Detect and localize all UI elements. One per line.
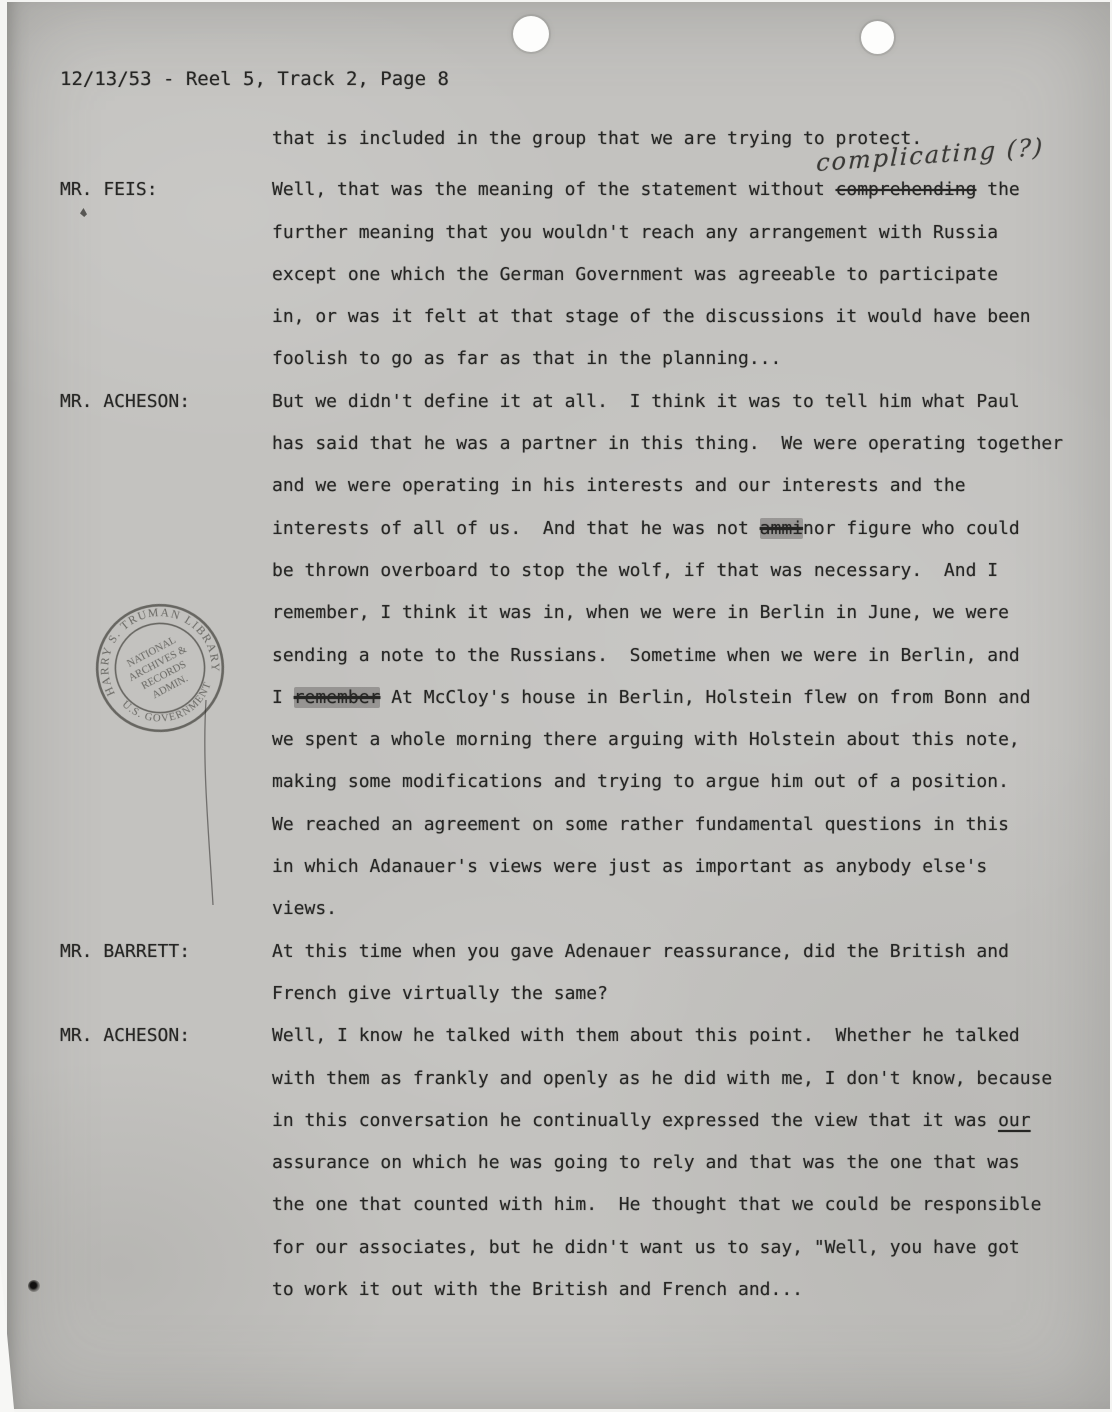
transcript-line: that is included in the group that we ar… (272, 128, 1072, 170)
archive-stamp-graphic: HARRY S. TRUMAN LIBRARY U.S. GOVERNMENT … (70, 578, 250, 758)
page-header: 12/13/53 - Reel 5, Track 2, Page 8 (60, 68, 449, 90)
transcript-line: except one which the German Government w… (272, 264, 1072, 306)
blot-text: remember (294, 687, 381, 708)
speaker-label: MR. FEIS: (60, 179, 158, 200)
speaker-turn: MR. ACHESON:Well, I know he talked with … (272, 1025, 1072, 1321)
transcript-line: for our associates, but he didn't want u… (272, 1237, 1072, 1279)
punch-hole-right (861, 21, 894, 54)
transcript-line: has said that he was a partner in this t… (272, 433, 1072, 475)
plain-text: Well, that was the meaning of the statem… (272, 179, 836, 200)
archive-stamp: HARRY S. TRUMAN LIBRARY U.S. GOVERNMENT … (70, 578, 250, 758)
transcript-line: in which Adanauer's views were just as i… (272, 856, 1072, 898)
transcript-line: But we didn't define it at all. I think … (272, 391, 1072, 433)
underline-text: our (998, 1110, 1031, 1131)
speaker-label: MR. ACHESON: (60, 391, 190, 412)
transcript-line: assurance on which he was going to rely … (272, 1152, 1072, 1194)
transcript-line: to work it out with the British and Fren… (272, 1279, 1072, 1321)
transcript-line: further meaning that you wouldn't reach … (272, 222, 1072, 264)
punch-hole-left (513, 16, 549, 52)
plain-text: the (976, 179, 1019, 200)
transcript-line: French give virtually the same? (272, 983, 1072, 1025)
transcript-line: We reached an agreement on some rather f… (272, 814, 1072, 856)
transcript-line: making some modifications and trying to … (272, 771, 1072, 813)
plain-text: interests of all of us. And that he was … (272, 518, 760, 539)
ink-dot (28, 1280, 40, 1292)
speaker-turn: MR. ACHESON:But we didn't define it at a… (272, 391, 1072, 941)
blot-text: ammi (760, 518, 803, 539)
plain-text: in this conversation he continually expr… (272, 1110, 998, 1131)
strike-text: comprehending (836, 179, 977, 200)
transcript-line: Well, that was the meaning of the statem… (272, 179, 1072, 221)
transcript-line: the one that counted with him. He though… (272, 1194, 1072, 1236)
plain-text: At McCloy's house in Berlin, Holstein fl… (380, 687, 1030, 708)
transcript-line: we spent a whole morning there arguing w… (272, 729, 1072, 771)
transcript-line: views. (272, 898, 1072, 940)
transcript-line: foolish to go as far as that in the plan… (272, 348, 1072, 390)
scanned-document-page: 12/13/53 - Reel 5, Track 2, Page 8 compl… (0, 0, 1112, 1412)
transcript-line: sending a note to the Russians. Sometime… (272, 645, 1072, 687)
transcript-line: I remember At McCloy's house in Berlin, … (272, 687, 1072, 729)
transcript-line: remember, I think it was in, when we wer… (272, 602, 1072, 644)
transcript-line: Well, I know he talked with them about t… (272, 1025, 1072, 1067)
speaker-turn: MR. FEIS:Well, that was the meaning of t… (272, 179, 1072, 390)
speaker-turn: MR. BARRETT:At this time when you gave A… (272, 941, 1072, 1026)
transcript-line: At this time when you gave Adenauer reas… (272, 941, 1072, 983)
transcript-line: interests of all of us. And that he was … (272, 518, 1072, 560)
speaker-label: MR. ACHESON: (60, 1025, 190, 1046)
transcript-line: in, or was it felt at that stage of the … (272, 306, 1072, 348)
transcript: that is included in the group that we ar… (272, 128, 1072, 1321)
transcript-line: and we were operating in his interests a… (272, 475, 1072, 517)
plain-text: nor figure who could (803, 518, 1020, 539)
plain-text: I (272, 687, 294, 708)
speaker-turn: that is included in the group that we ar… (272, 128, 1072, 170)
transcript-line: in this conversation he continually expr… (272, 1110, 1072, 1152)
speaker-label: MR. BARRETT: (60, 941, 190, 962)
transcript-line: with them as frankly and openly as he di… (272, 1068, 1072, 1110)
transcript-line: be thrown overboard to stop the wolf, if… (272, 560, 1072, 602)
